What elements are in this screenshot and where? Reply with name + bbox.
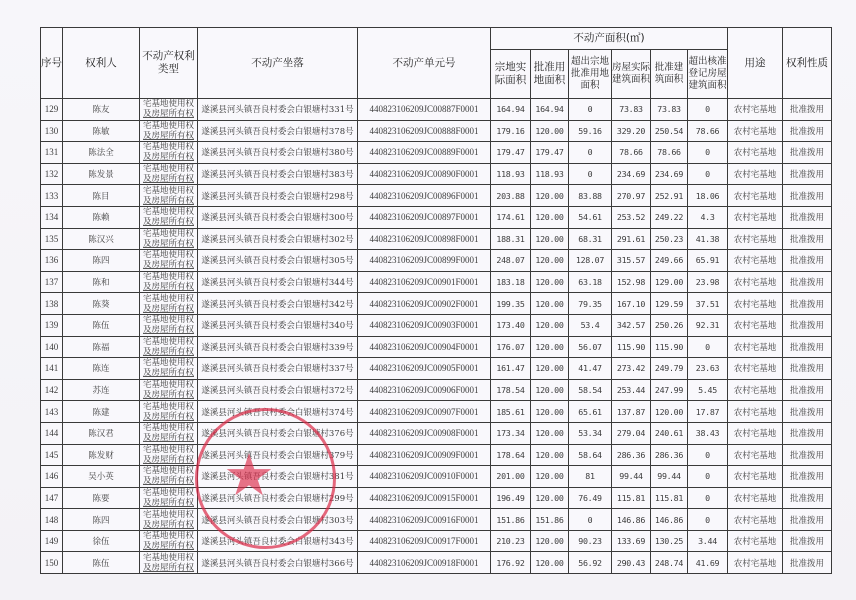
row-usage: 农村宅基地 [728, 487, 783, 509]
row-holder: 徐伍 [63, 530, 140, 552]
row-bldg-actual: 290.43 [612, 552, 651, 574]
row-bldg-excess: 3.44 [688, 530, 728, 552]
row-unit-no: 440823106209JC00890F0001 [358, 163, 491, 185]
row-bldg-approved: 252.91 [651, 185, 688, 207]
row-location: 遂溪县河头镇吾良村委会白银塘村342号 [198, 293, 358, 315]
row-land-approved: 120.00 [531, 336, 569, 358]
row-bldg-excess: 78.66 [688, 120, 728, 142]
header-nature: 权利性质 [783, 28, 832, 99]
row-location: 遂溪县河头镇吾良村委会白银塘村381号 [198, 466, 358, 488]
row-nature: 批准拨用 [783, 271, 832, 293]
row-nature: 批准拨用 [783, 379, 832, 401]
row-right-type: 宅基地使用权及房屋所有权 [140, 336, 198, 358]
row-bldg-actual: 342.57 [612, 314, 651, 336]
row-land-actual: 203.88 [491, 185, 531, 207]
table-row: 131陈法全宅基地使用权及房屋所有权遂溪县河头镇吾良村委会白银塘村380号440… [41, 142, 832, 164]
row-unit-no: 440823106209JC00917F0001 [358, 530, 491, 552]
row-holder: 陈建 [63, 401, 140, 423]
row-land-approved: 120.00 [531, 487, 569, 509]
row-seq: 149 [41, 530, 63, 552]
row-seq: 134 [41, 206, 63, 228]
row-location: 遂溪县河头镇吾良村委会白银塘村337号 [198, 358, 358, 380]
row-usage: 农村宅基地 [728, 379, 783, 401]
right-type-line2: 及房屋所有权 [140, 368, 197, 378]
row-nature: 批准拨用 [783, 336, 832, 358]
right-type-line2: 及房屋所有权 [140, 498, 197, 508]
row-bldg-approved: 249.79 [651, 358, 688, 380]
right-type-line1: 宅基地使用权 [140, 423, 197, 433]
right-type-line1: 宅基地使用权 [140, 272, 197, 282]
row-nature: 批准拨用 [783, 509, 832, 531]
header-seq: 序号 [41, 28, 63, 99]
row-land-approved: 120.00 [531, 206, 569, 228]
row-land-excess: 56.92 [569, 552, 612, 574]
row-usage: 农村宅基地 [728, 185, 783, 207]
row-usage: 农村宅基地 [728, 271, 783, 293]
row-seq: 140 [41, 336, 63, 358]
row-bldg-excess: 38.43 [688, 422, 728, 444]
row-unit-no: 440823106209JC00897F0001 [358, 206, 491, 228]
row-land-excess: 56.07 [569, 336, 612, 358]
right-type-line1: 宅基地使用权 [140, 337, 197, 347]
right-type-line1: 宅基地使用权 [140, 164, 197, 174]
row-nature: 批准拨用 [783, 422, 832, 444]
row-bldg-actual: 167.10 [612, 293, 651, 315]
row-land-excess: 65.61 [569, 401, 612, 423]
right-type-line2: 及房屋所有权 [140, 520, 197, 530]
row-land-actual: 188.31 [491, 228, 531, 250]
row-usage: 农村宅基地 [728, 552, 783, 574]
row-nature: 批准拨用 [783, 163, 832, 185]
row-land-excess: 83.88 [569, 185, 612, 207]
row-right-type: 宅基地使用权及房屋所有权 [140, 487, 198, 509]
row-nature: 批准拨用 [783, 358, 832, 380]
row-unit-no: 440823106209JC00916F0001 [358, 509, 491, 531]
row-bldg-excess: 5.45 [688, 379, 728, 401]
row-bldg-actual: 253.52 [612, 206, 651, 228]
right-type-line2: 及房屋所有权 [140, 131, 197, 141]
row-unit-no: 440823106209JC00887F0001 [358, 99, 491, 121]
row-holder: 陈四 [63, 250, 140, 272]
row-bldg-approved: 234.69 [651, 163, 688, 185]
row-seq: 138 [41, 293, 63, 315]
row-holder: 陈友 [63, 99, 140, 121]
row-location: 遂溪县河头镇吾良村委会白银塘村303号 [198, 509, 358, 531]
row-land-approved: 151.86 [531, 509, 569, 531]
row-holder: 陈发景 [63, 163, 140, 185]
right-type-line1: 宅基地使用权 [140, 445, 197, 455]
row-holder: 陈伍 [63, 552, 140, 574]
right-type-line1: 宅基地使用权 [140, 186, 197, 196]
row-bldg-approved: 115.90 [651, 336, 688, 358]
row-bldg-approved: 247.99 [651, 379, 688, 401]
row-land-actual: 176.07 [491, 336, 531, 358]
row-land-actual: 248.07 [491, 250, 531, 272]
row-land-excess: 76.49 [569, 487, 612, 509]
row-bldg-approved: 240.61 [651, 422, 688, 444]
row-holder: 吴小英 [63, 466, 140, 488]
row-bldg-actual: 137.87 [612, 401, 651, 423]
row-bldg-excess: 0 [688, 163, 728, 185]
registration-table: 序号 权利人 不动产权利类型 不动产坐落 不动产单元号 不动产面积(㎡) 用途 … [40, 27, 832, 574]
row-right-type: 宅基地使用权及房屋所有权 [140, 228, 198, 250]
row-land-approved: 120.00 [531, 250, 569, 272]
header-bldg-excess: 超出核准登记房屋建筑面积 [688, 50, 728, 99]
row-land-actual: 179.47 [491, 142, 531, 164]
row-unit-no: 440823106209JC00909F0001 [358, 444, 491, 466]
right-type-line1: 宅基地使用权 [140, 142, 197, 152]
row-land-actual: 174.61 [491, 206, 531, 228]
right-type-line2: 及房屋所有权 [140, 347, 197, 357]
row-holder: 苏连 [63, 379, 140, 401]
row-unit-no: 440823106209JC00896F0001 [358, 185, 491, 207]
row-location: 遂溪县河头镇吾良村委会白银塘村380号 [198, 142, 358, 164]
row-location: 遂溪县河头镇吾良村委会白银塘村331号 [198, 99, 358, 121]
row-unit-no: 440823106209JC00889F0001 [358, 142, 491, 164]
row-unit-no: 440823106209JC00899F0001 [358, 250, 491, 272]
row-bldg-approved: 99.44 [651, 466, 688, 488]
right-type-line2: 及房屋所有权 [140, 260, 197, 270]
row-bldg-actual: 253.44 [612, 379, 651, 401]
right-type-line2: 及房屋所有权 [140, 433, 197, 443]
row-location: 遂溪县河头镇吾良村委会白银塘村374号 [198, 401, 358, 423]
row-nature: 批准拨用 [783, 250, 832, 272]
row-seq: 142 [41, 379, 63, 401]
right-type-line2: 及房屋所有权 [140, 304, 197, 314]
row-bldg-approved: 120.00 [651, 401, 688, 423]
row-bldg-actual: 315.57 [612, 250, 651, 272]
right-type-line2: 及房屋所有权 [140, 476, 197, 486]
header-bldg-actual: 房屋实际建筑面积 [612, 50, 651, 99]
header-land-approved: 批准用地面积 [531, 50, 569, 99]
row-right-type: 宅基地使用权及房屋所有权 [140, 509, 198, 531]
right-type-line2: 及房屋所有权 [140, 217, 197, 227]
row-land-actual: 178.64 [491, 444, 531, 466]
table-row: 144陈汉君宅基地使用权及房屋所有权遂溪县河头镇吾良村委会白银塘村376号440… [41, 422, 832, 444]
row-usage: 农村宅基地 [728, 530, 783, 552]
row-bldg-excess: 0 [688, 336, 728, 358]
row-location: 遂溪县河头镇吾良村委会白银塘村300号 [198, 206, 358, 228]
row-usage: 农村宅基地 [728, 250, 783, 272]
row-usage: 农村宅基地 [728, 401, 783, 423]
row-land-excess: 63.18 [569, 271, 612, 293]
row-holder: 陈敏 [63, 120, 140, 142]
table-row: 136陈四宅基地使用权及房屋所有权遂溪县河头镇吾良村委会白银塘村305号4408… [41, 250, 832, 272]
row-nature: 批准拨用 [783, 293, 832, 315]
row-right-type: 宅基地使用权及房屋所有权 [140, 422, 198, 444]
row-nature: 批准拨用 [783, 444, 832, 466]
table-row: 137陈和宅基地使用权及房屋所有权遂溪县河头镇吾良村委会白银塘村344号4408… [41, 271, 832, 293]
right-type-line1: 宅基地使用权 [140, 488, 197, 498]
row-land-approved: 120.00 [531, 271, 569, 293]
row-nature: 批准拨用 [783, 185, 832, 207]
table-row: 138陈葵宅基地使用权及房屋所有权遂溪县河头镇吾良村委会白银塘村342号4408… [41, 293, 832, 315]
row-bldg-excess: 0 [688, 509, 728, 531]
row-right-type: 宅基地使用权及房屋所有权 [140, 163, 198, 185]
row-location: 遂溪县河头镇吾良村委会白银塘村383号 [198, 163, 358, 185]
row-usage: 农村宅基地 [728, 314, 783, 336]
row-bldg-approved: 286.36 [651, 444, 688, 466]
right-type-line1: 宅基地使用权 [140, 99, 197, 109]
row-nature: 批准拨用 [783, 401, 832, 423]
row-land-excess: 0 [569, 99, 612, 121]
row-nature: 批准拨用 [783, 206, 832, 228]
row-holder: 陈和 [63, 271, 140, 293]
row-land-excess: 128.07 [569, 250, 612, 272]
row-bldg-actual: 78.66 [612, 142, 651, 164]
row-location: 遂溪县河头镇吾良村委会白银塘村305号 [198, 250, 358, 272]
row-seq: 131 [41, 142, 63, 164]
row-usage: 农村宅基地 [728, 293, 783, 315]
table-row: 150陈伍宅基地使用权及房屋所有权遂溪县河头镇吾良村委会白银塘村366号4408… [41, 552, 832, 574]
table-row: 149徐伍宅基地使用权及房屋所有权遂溪县河头镇吾良村委会白银塘村343号4408… [41, 530, 832, 552]
right-type-line2: 及房屋所有权 [140, 282, 197, 292]
row-bldg-actual: 115.90 [612, 336, 651, 358]
row-seq: 133 [41, 185, 63, 207]
row-right-type: 宅基地使用权及房屋所有权 [140, 552, 198, 574]
table-row: 135陈汉兴宅基地使用权及房屋所有权遂溪县河头镇吾良村委会白银塘村302号440… [41, 228, 832, 250]
row-land-excess: 41.47 [569, 358, 612, 380]
document-page: 序号 权利人 不动产权利类型 不动产坐落 不动产单元号 不动产面积(㎡) 用途 … [0, 0, 856, 600]
row-land-excess: 0 [569, 142, 612, 164]
row-land-excess: 79.35 [569, 293, 612, 315]
header-area-group: 不动产面积(㎡) [491, 28, 728, 50]
row-land-actual: 173.34 [491, 422, 531, 444]
row-land-approved: 120.00 [531, 401, 569, 423]
row-nature: 批准拨用 [783, 530, 832, 552]
row-unit-no: 440823106209JC00901F0001 [358, 271, 491, 293]
row-usage: 农村宅基地 [728, 163, 783, 185]
row-bldg-actual: 286.36 [612, 444, 651, 466]
table-row: 140陈福宅基地使用权及房屋所有权遂溪县河头镇吾良村委会白银塘村339号4408… [41, 336, 832, 358]
row-bldg-approved: 249.66 [651, 250, 688, 272]
row-holder: 陈发财 [63, 444, 140, 466]
row-bldg-actual: 279.04 [612, 422, 651, 444]
row-land-approved: 120.00 [531, 293, 569, 315]
row-right-type: 宅基地使用权及房屋所有权 [140, 401, 198, 423]
row-right-type: 宅基地使用权及房屋所有权 [140, 271, 198, 293]
row-right-type: 宅基地使用权及房屋所有权 [140, 250, 198, 272]
row-right-type: 宅基地使用权及房屋所有权 [140, 444, 198, 466]
row-location: 遂溪县河头镇吾良村委会白银塘村379号 [198, 444, 358, 466]
row-bldg-approved: 250.23 [651, 228, 688, 250]
row-seq: 150 [41, 552, 63, 574]
row-usage: 农村宅基地 [728, 422, 783, 444]
row-bldg-approved: 129.59 [651, 293, 688, 315]
row-land-actual: 118.93 [491, 163, 531, 185]
row-location: 遂溪县河头镇吾良村委会白银塘村376号 [198, 422, 358, 444]
right-type-line2: 及房屋所有权 [140, 325, 197, 335]
row-land-approved: 179.47 [531, 142, 569, 164]
row-land-actual: 185.61 [491, 401, 531, 423]
row-holder: 陈伍 [63, 314, 140, 336]
row-land-excess: 0 [569, 509, 612, 531]
header-land-actual: 宗地实际面积 [491, 50, 531, 99]
row-land-actual: 173.40 [491, 314, 531, 336]
header-right-type: 不动产权利类型 [140, 28, 198, 99]
right-type-line1: 宅基地使用权 [140, 553, 197, 563]
row-bldg-excess: 41.38 [688, 228, 728, 250]
row-land-actual: 179.16 [491, 120, 531, 142]
table-row: 129陈友宅基地使用权及房屋所有权遂溪县河头镇吾良村委会白银塘村331号4408… [41, 99, 832, 121]
row-bldg-approved: 129.00 [651, 271, 688, 293]
row-land-approved: 120.00 [531, 530, 569, 552]
row-nature: 批准拨用 [783, 552, 832, 574]
row-unit-no: 440823106209JC00907F0001 [358, 401, 491, 423]
row-right-type: 宅基地使用权及房屋所有权 [140, 466, 198, 488]
row-land-actual: 176.92 [491, 552, 531, 574]
row-bldg-approved: 250.54 [651, 120, 688, 142]
row-bldg-approved: 248.74 [651, 552, 688, 574]
row-land-approved: 120.00 [531, 466, 569, 488]
row-land-approved: 120.00 [531, 314, 569, 336]
row-right-type: 宅基地使用权及房屋所有权 [140, 206, 198, 228]
row-nature: 批准拨用 [783, 99, 832, 121]
row-bldg-excess: 41.69 [688, 552, 728, 574]
right-type-line1: 宅基地使用权 [140, 207, 197, 217]
row-bldg-excess: 17.87 [688, 401, 728, 423]
row-nature: 批准拨用 [783, 228, 832, 250]
row-location: 遂溪县河头镇吾良村委会白银塘村299号 [198, 487, 358, 509]
table-row: 142苏连宅基地使用权及房屋所有权遂溪县河头镇吾良村委会白银塘村372号4408… [41, 379, 832, 401]
row-land-approved: 118.93 [531, 163, 569, 185]
row-bldg-actual: 152.98 [612, 271, 651, 293]
table-row: 148陈四宅基地使用权及房屋所有权遂溪县河头镇吾良村委会白银塘村303号4408… [41, 509, 832, 531]
row-seq: 137 [41, 271, 63, 293]
row-seq: 136 [41, 250, 63, 272]
row-seq: 143 [41, 401, 63, 423]
header-land-excess: 超出宗地批准用地面积 [569, 50, 612, 99]
row-right-type: 宅基地使用权及房屋所有权 [140, 358, 198, 380]
row-usage: 农村宅基地 [728, 444, 783, 466]
row-seq: 139 [41, 314, 63, 336]
row-land-excess: 53.34 [569, 422, 612, 444]
row-holder: 陈葵 [63, 293, 140, 315]
right-type-line2: 及房屋所有权 [140, 390, 197, 400]
row-bldg-excess: 65.91 [688, 250, 728, 272]
row-unit-no: 440823106209JC00902F0001 [358, 293, 491, 315]
row-land-approved: 120.00 [531, 552, 569, 574]
row-right-type: 宅基地使用权及房屋所有权 [140, 379, 198, 401]
row-usage: 农村宅基地 [728, 336, 783, 358]
row-nature: 批准拨用 [783, 142, 832, 164]
header-holder: 权利人 [63, 28, 140, 99]
table-row: 132陈发景宅基地使用权及房屋所有权遂溪县河头镇吾良村委会白银塘村383号440… [41, 163, 832, 185]
row-bldg-actual: 133.69 [612, 530, 651, 552]
right-type-line2: 及房屋所有权 [140, 239, 197, 249]
row-land-actual: 196.49 [491, 487, 531, 509]
row-bldg-excess: 4.3 [688, 206, 728, 228]
row-bldg-excess: 0 [688, 142, 728, 164]
row-holder: 陈汉君 [63, 422, 140, 444]
right-type-line1: 宅基地使用权 [140, 250, 197, 260]
table-row: 141陈连宅基地使用权及房屋所有权遂溪县河头镇吾良村委会白银塘村337号4408… [41, 358, 832, 380]
row-land-actual: 183.18 [491, 271, 531, 293]
header-usage: 用途 [728, 28, 783, 99]
row-seq: 146 [41, 466, 63, 488]
row-bldg-actual: 270.97 [612, 185, 651, 207]
row-bldg-excess: 18.06 [688, 185, 728, 207]
row-bldg-excess: 0 [688, 99, 728, 121]
table-row: 145陈发财宅基地使用权及房屋所有权遂溪县河头镇吾良村委会白银塘村379号440… [41, 444, 832, 466]
right-type-line1: 宅基地使用权 [140, 315, 197, 325]
table-body: 129陈友宅基地使用权及房屋所有权遂溪县河头镇吾良村委会白银塘村331号4408… [41, 99, 832, 574]
row-seq: 130 [41, 120, 63, 142]
row-right-type: 宅基地使用权及房屋所有权 [140, 314, 198, 336]
row-unit-no: 440823106209JC00918F0001 [358, 552, 491, 574]
row-usage: 农村宅基地 [728, 358, 783, 380]
table-row: 139陈伍宅基地使用权及房屋所有权遂溪县河头镇吾良村委会白银塘村340号4408… [41, 314, 832, 336]
right-type-line2: 及房屋所有权 [140, 174, 197, 184]
row-bldg-excess: 0 [688, 487, 728, 509]
row-unit-no: 440823106209JC00888F0001 [358, 120, 491, 142]
row-land-approved: 120.00 [531, 358, 569, 380]
row-unit-no: 440823106209JC00910F0001 [358, 466, 491, 488]
row-land-excess: 0 [569, 163, 612, 185]
right-type-line1: 宅基地使用权 [140, 380, 197, 390]
row-bldg-actual: 329.20 [612, 120, 651, 142]
row-unit-no: 440823106209JC00908F0001 [358, 422, 491, 444]
row-land-excess: 81 [569, 466, 612, 488]
row-nature: 批准拨用 [783, 466, 832, 488]
row-land-approved: 120.00 [531, 185, 569, 207]
row-seq: 147 [41, 487, 63, 509]
row-nature: 批准拨用 [783, 487, 832, 509]
row-holder: 陈要 [63, 487, 140, 509]
row-usage: 农村宅基地 [728, 466, 783, 488]
row-bldg-excess: 23.98 [688, 271, 728, 293]
table-row: 147陈要宅基地使用权及房屋所有权遂溪县河头镇吾良村委会白银塘村299号4408… [41, 487, 832, 509]
row-land-approved: 120.00 [531, 422, 569, 444]
row-unit-no: 440823106209JC00904F0001 [358, 336, 491, 358]
row-unit-no: 440823106209JC00903F0001 [358, 314, 491, 336]
row-location: 遂溪县河头镇吾良村委会白银塘村378号 [198, 120, 358, 142]
row-location: 遂溪县河头镇吾良村委会白银塘村339号 [198, 336, 358, 358]
row-location: 遂溪县河头镇吾良村委会白银塘村302号 [198, 228, 358, 250]
row-holder: 陈汉兴 [63, 228, 140, 250]
row-land-excess: 58.54 [569, 379, 612, 401]
right-type-line1: 宅基地使用权 [140, 466, 197, 476]
row-land-approved: 120.00 [531, 120, 569, 142]
row-land-approved: 120.00 [531, 444, 569, 466]
row-bldg-approved: 249.22 [651, 206, 688, 228]
table-row: 134陈赖宅基地使用权及房屋所有权遂溪县河头镇吾良村委会白银塘村300号4408… [41, 206, 832, 228]
row-location: 遂溪县河头镇吾良村委会白银塘村366号 [198, 552, 358, 574]
row-usage: 农村宅基地 [728, 228, 783, 250]
row-bldg-excess: 0 [688, 466, 728, 488]
right-type-line2: 及房屋所有权 [140, 412, 197, 422]
right-type-line1: 宅基地使用权 [140, 294, 197, 304]
row-unit-no: 440823106209JC00905F0001 [358, 358, 491, 380]
row-nature: 批准拨用 [783, 314, 832, 336]
row-location: 遂溪县河头镇吾良村委会白银塘村343号 [198, 530, 358, 552]
row-bldg-actual: 73.83 [612, 99, 651, 121]
table-row: 143陈建宅基地使用权及房屋所有权遂溪县河头镇吾良村委会白银塘村374号4408… [41, 401, 832, 423]
row-bldg-excess: 92.31 [688, 314, 728, 336]
row-usage: 农村宅基地 [728, 120, 783, 142]
row-seq: 145 [41, 444, 63, 466]
right-type-line2: 及房屋所有权 [140, 196, 197, 206]
table-row: 133陈目宅基地使用权及房屋所有权遂溪县河头镇吾良村委会白银塘村298号4408… [41, 185, 832, 207]
right-type-line1: 宅基地使用权 [140, 402, 197, 412]
row-right-type: 宅基地使用权及房屋所有权 [140, 99, 198, 121]
row-land-excess: 58.64 [569, 444, 612, 466]
table-row: 146吴小英宅基地使用权及房屋所有权遂溪县河头镇吾良村委会白银塘村381号440… [41, 466, 832, 488]
row-right-type: 宅基地使用权及房屋所有权 [140, 185, 198, 207]
row-seq: 141 [41, 358, 63, 380]
row-bldg-actual: 99.44 [612, 466, 651, 488]
row-holder: 陈四 [63, 509, 140, 531]
